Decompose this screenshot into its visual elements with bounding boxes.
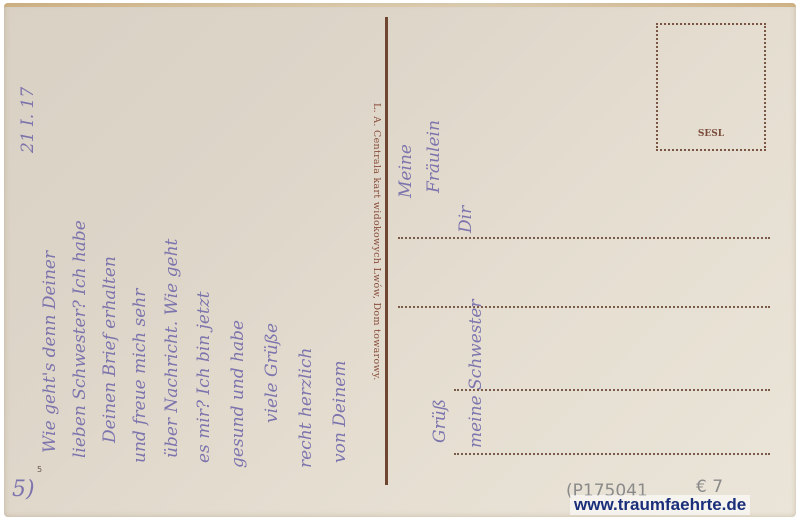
print-number: 5 bbox=[37, 465, 42, 474]
handwritten-line-9: recht herzlich bbox=[296, 348, 316, 468]
handwritten-date: 21 I. 17 bbox=[18, 87, 38, 153]
center-divider-line bbox=[385, 17, 388, 485]
watermark-url: www.traumfaehrte.de bbox=[570, 495, 750, 515]
stamp-box-label: SESL bbox=[658, 129, 764, 139]
address-line-1 bbox=[398, 237, 770, 239]
handwritten-signature-2: meine Schwester bbox=[466, 299, 486, 448]
address-line-3 bbox=[454, 389, 770, 391]
handwritten-line-2: lieben Schwester? Ich habe bbox=[70, 220, 90, 458]
handwritten-address-3: Dir bbox=[456, 206, 476, 233]
handwritten-line-7: gesund und habe bbox=[228, 320, 248, 468]
handwritten-line-10: von Deinem bbox=[330, 361, 350, 463]
address-line-4 bbox=[454, 453, 770, 455]
handwritten-line-1: Wie geht's denn Deiner bbox=[40, 251, 60, 453]
handwritten-line-5: über Nachricht. Wie geht bbox=[162, 239, 182, 458]
pencil-price-note: € 7 bbox=[696, 477, 723, 497]
handwritten-line-6: es mir? Ich bin jetzt bbox=[194, 291, 214, 463]
handwritten-line-3: Deinen Brief erhalten bbox=[100, 256, 120, 443]
handwritten-address-1: Meine bbox=[396, 144, 416, 198]
stamp-box: SESL bbox=[656, 23, 766, 151]
handwritten-line-4: und freue mich sehr bbox=[130, 289, 150, 463]
address-line-2 bbox=[398, 306, 770, 308]
postcard-back: L. A. Centrala kart widokowych Lwów, Dom… bbox=[4, 3, 796, 517]
handwritten-address-2: Fräulein bbox=[424, 120, 444, 193]
handwritten-line-8: viele Grüße bbox=[262, 323, 282, 423]
corner-mark: 5) bbox=[12, 477, 35, 502]
handwritten-signature-1: Grüß bbox=[430, 399, 450, 443]
publisher-imprint: L. A. Centrala kart widokowych Lwów, Dom… bbox=[368, 103, 382, 423]
